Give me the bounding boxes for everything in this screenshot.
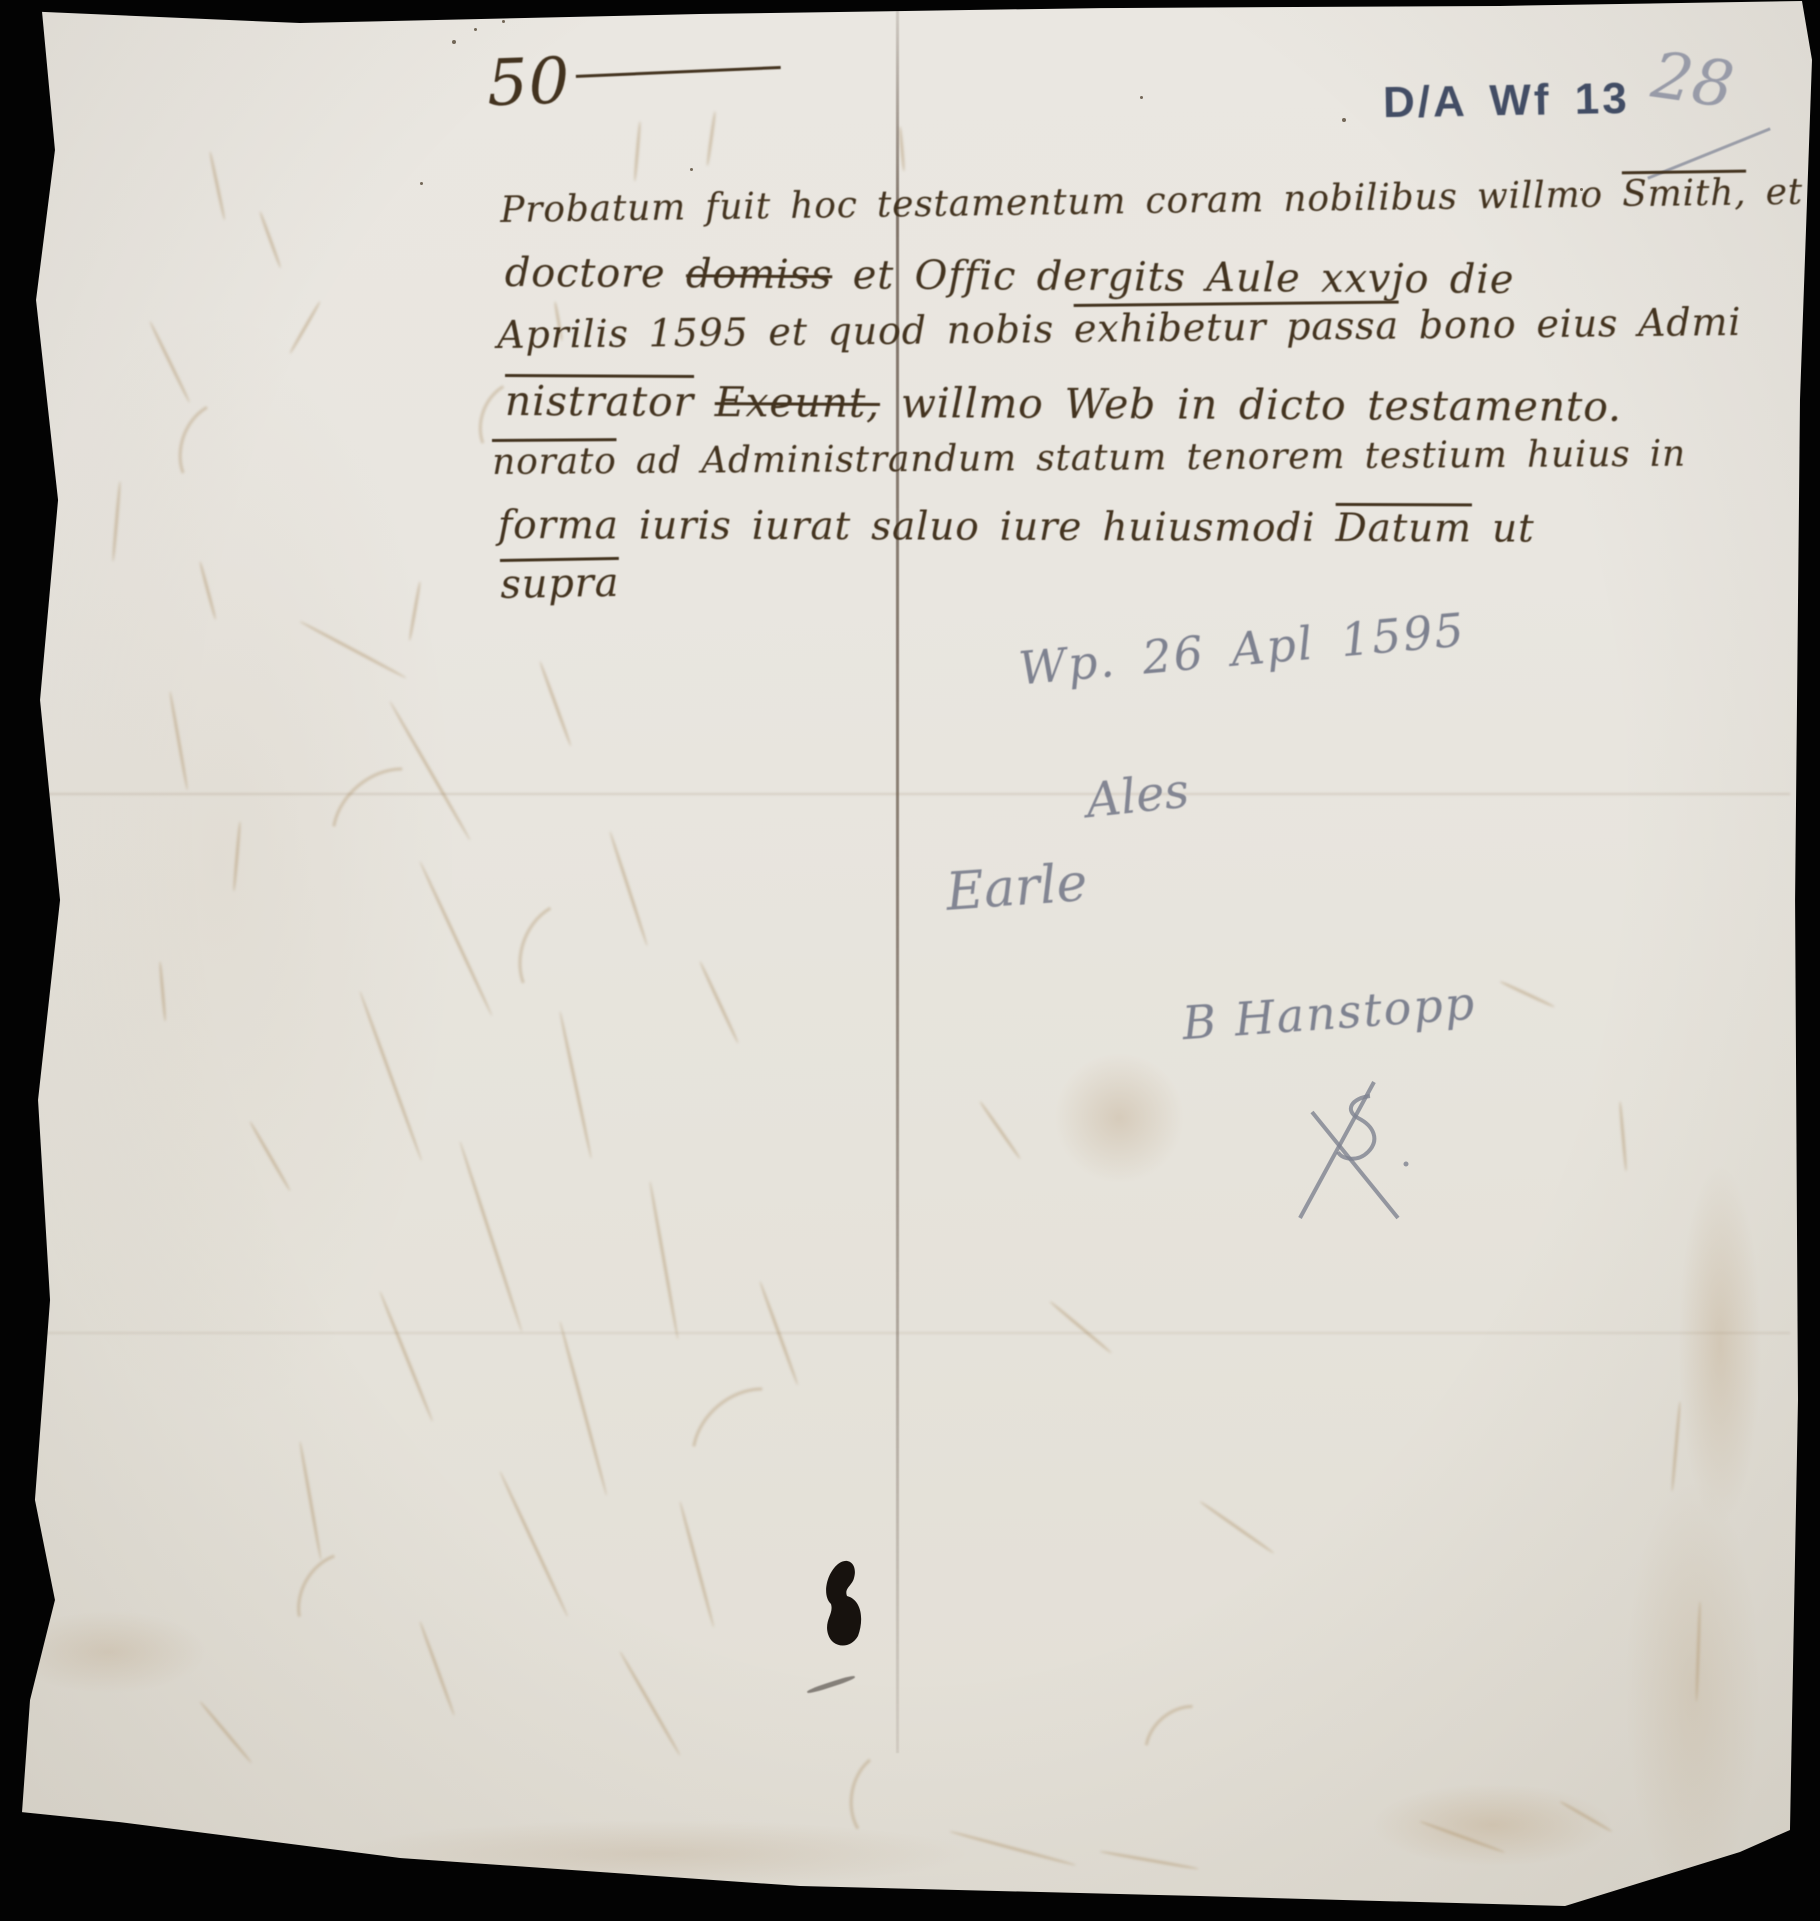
pencil-date-note: Wp. 26 Apl 1595 — [1016, 603, 1467, 696]
manuscript-segment: Smith, — [1622, 173, 1747, 216]
manuscript-segment: ad Administrandum statum tenorem testium… — [616, 434, 1686, 482]
bleedthrough-curve — [670, 1365, 826, 1518]
bleedthrough-stroke — [408, 581, 421, 641]
manuscript-line: forma iuris iurat saluo iure huiusmodi D… — [498, 503, 1535, 552]
manuscript-segment: forma iuris iurat saluo iure huiusmodi — [498, 503, 1336, 551]
ink-speck — [502, 20, 505, 23]
ink-speck — [690, 168, 693, 171]
bleedthrough-stroke — [169, 691, 189, 790]
bleedthrough-stroke — [979, 1101, 1022, 1160]
ink-folio-number: 50 — [486, 37, 782, 121]
manuscript-segment: et Offic dergits Aule xxvjo die — [832, 252, 1514, 303]
bleedthrough-stroke — [199, 561, 217, 620]
ink-speck — [474, 28, 477, 31]
ink-speck — [420, 182, 423, 185]
bleedthrough-stroke — [1100, 1850, 1199, 1870]
archive-reference-stamp: D/A Wf 13 — [1383, 74, 1631, 128]
manuscript-line: supra — [500, 560, 620, 608]
bleedthrough-stroke — [633, 121, 641, 181]
bleedthrough-stroke — [259, 211, 282, 268]
manuscript-paper-sheet: 50 D/A Wf 13 28 Probatum fuit hoc testam… — [0, 0, 1820, 1921]
bleedthrough-stroke — [499, 1471, 569, 1617]
ink-speck — [1580, 188, 1583, 191]
bleedthrough-stroke — [1199, 1500, 1274, 1554]
bleedthrough-stroke — [199, 1701, 253, 1764]
manuscript-line: nistrator Exeunt, willmo Web in dicto te… — [505, 377, 1622, 431]
horizontal-fold-crease — [30, 1332, 1790, 1334]
bleedthrough-stroke — [679, 1501, 716, 1627]
ink-folio-number-text: 50 — [486, 44, 572, 121]
ink-speck — [1140, 96, 1143, 99]
bleedthrough-stroke — [112, 481, 122, 561]
bleedthrough-stroke — [1559, 1800, 1612, 1833]
manuscript-segment: exhibetur passa — [1074, 304, 1399, 351]
bleedthrough-stroke — [289, 301, 322, 354]
horizontal-fold-crease — [30, 793, 1790, 795]
bleedthrough-stroke — [899, 126, 906, 171]
bleedthrough-stroke — [1671, 1401, 1682, 1491]
manuscript-line: Probatum fuit hoc testamentum coram nobi… — [500, 172, 1803, 231]
bleedthrough-stroke — [539, 661, 573, 747]
bleedthrough-stroke — [950, 1830, 1076, 1867]
ink-stroke-line — [576, 65, 781, 77]
bleedthrough-stroke — [419, 1621, 456, 1716]
manuscript-segment: Probatum fuit hoc testamentum coram nobi… — [500, 174, 1622, 231]
manuscript-segment: supra — [500, 560, 620, 608]
pencil-folio-number: 28 — [1647, 39, 1738, 124]
ink-blot — [820, 1558, 872, 1658]
manuscript-line: norato ad Administrandum statum tenorem … — [492, 434, 1686, 483]
pencil-name-ales: Ales — [1083, 763, 1191, 829]
manuscript-segment: et — [1746, 172, 1803, 214]
bleedthrough-stroke — [299, 1441, 323, 1560]
ink-speck — [1342, 118, 1346, 122]
manuscript-segment: Aprilis 1595 et quod nobis — [497, 307, 1074, 357]
bleedthrough-stroke — [299, 620, 406, 679]
bleedthrough-stroke — [149, 321, 191, 403]
bleedthrough-stroke — [379, 1291, 434, 1422]
ink-speck — [452, 40, 456, 44]
bleedthrough-stroke — [1049, 1300, 1112, 1354]
manuscript-segment — [694, 378, 715, 426]
bleedthrough-stroke — [1419, 1820, 1505, 1854]
bleedthrough-curve — [166, 390, 271, 507]
manuscript-line: doctore domiss et Offic dergits Aule xxv… — [505, 250, 1515, 303]
bleedthrough-stroke — [232, 821, 241, 891]
bleedthrough-stroke — [699, 961, 740, 1044]
manuscript-segment: doctore — [505, 250, 686, 297]
bleedthrough-stroke — [419, 861, 494, 1016]
manuscript-segment: Datum — [1335, 506, 1471, 551]
pencil-name-hanstopp: B Hanstopp — [1180, 976, 1477, 1050]
bleedthrough-stroke — [1499, 980, 1555, 1008]
bleedthrough-curve — [504, 889, 622, 1022]
bleedthrough-stroke — [159, 961, 167, 1021]
manuscript-segment: norato — [492, 441, 617, 483]
bleedthrough-stroke — [459, 1141, 524, 1332]
bleedthrough-stroke — [249, 1121, 292, 1192]
manuscript-segment: Exeunt, — [715, 378, 880, 427]
bleedthrough-stroke — [559, 1011, 593, 1158]
bleedthrough-stroke — [649, 1181, 680, 1339]
bleedthrough-stroke — [359, 991, 423, 1161]
manuscript-segment: nistrator — [505, 377, 694, 426]
bleedthrough-stroke — [609, 831, 649, 946]
bleedthrough-curve — [842, 1744, 934, 1853]
bleedthrough-stroke — [619, 1651, 682, 1756]
pencil-name-earle: Earle — [944, 853, 1089, 923]
manuscript-line: Aprilis 1595 et quod nobis exhibetur pas… — [497, 300, 1741, 357]
ink-dash-mark — [806, 1674, 855, 1694]
bleedthrough-curve — [1130, 1690, 1237, 1795]
bleedthrough-stroke — [706, 111, 717, 166]
bleedthrough-stroke — [1619, 1101, 1628, 1171]
bleedthrough-curve — [281, 1537, 395, 1659]
bleedthrough-stroke — [1695, 1601, 1701, 1701]
manuscript-segment: willmo Web in dicto testamento. — [880, 379, 1622, 431]
bleedthrough-stroke — [559, 1321, 608, 1496]
manuscript-segment: bono eius Admi — [1399, 300, 1742, 348]
manuscript-segment: domiss — [686, 251, 833, 298]
bleedthrough-stroke — [209, 151, 226, 220]
photograph-of-document: 50 D/A Wf 13 28 Probatum fuit hoc testam… — [0, 0, 1820, 1921]
bleedthrough-curve — [310, 745, 466, 898]
pencil-monogram-mark — [1278, 1068, 1438, 1238]
manuscript-segment: ut — [1472, 506, 1535, 551]
